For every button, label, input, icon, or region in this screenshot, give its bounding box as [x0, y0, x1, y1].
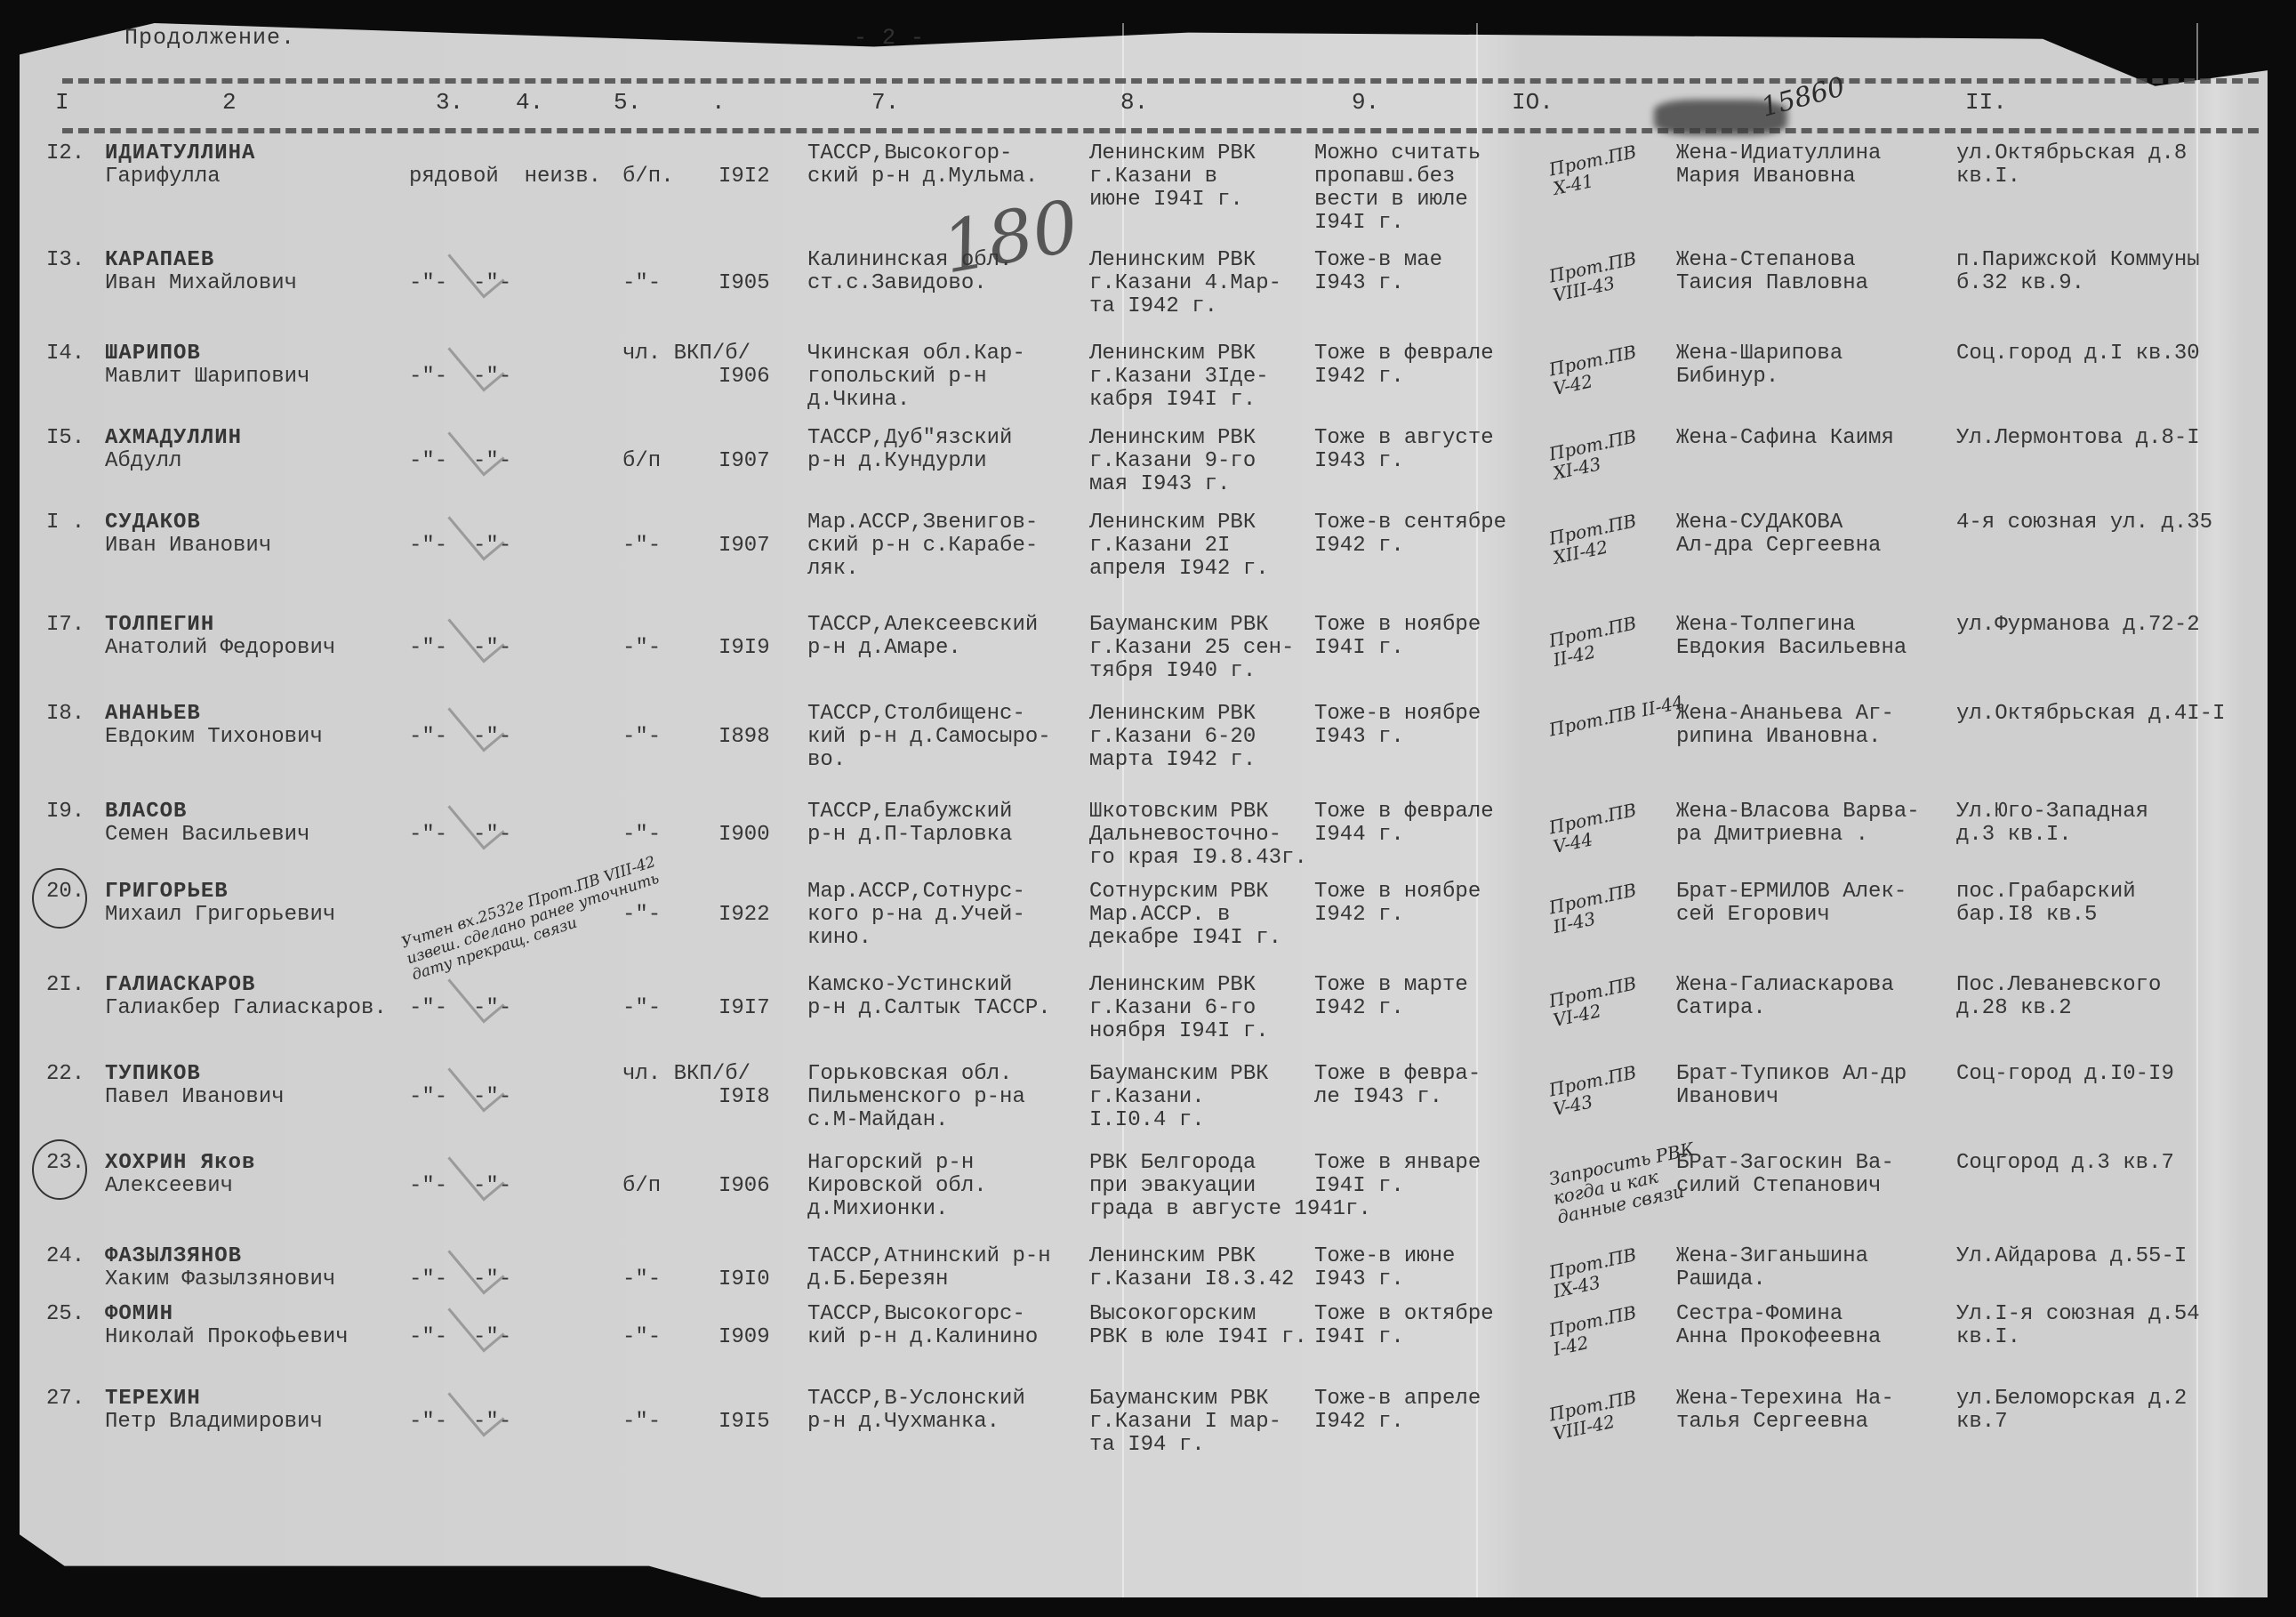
continuation-label: Продолжение. — [124, 25, 295, 51]
row-number: I9. — [46, 800, 84, 824]
party-cell: -"- — [622, 1268, 661, 1291]
address: п.Парижской Коммуны б.32 кв.9. — [1956, 249, 2200, 295]
drafted-by: Ленинским РВК г.Казани 2I апреля I942 г. — [1089, 511, 1269, 581]
given-name: Гарифулла — [105, 165, 221, 189]
drafted-by: Ленинским РВК г.Казани 6-20 марта I942 г… — [1089, 703, 1256, 772]
circled-number-mark — [32, 868, 87, 929]
birth-year: I9I5 — [719, 1411, 770, 1434]
next-of-kin: Брат-Тупиков Ал-др Иванович — [1676, 1063, 1907, 1109]
given-name: Михаил Григорьевич — [105, 904, 335, 927]
row-number: 25. — [46, 1303, 84, 1326]
birthplace: ТАССР,Дуб"язский р-н д.Кундурли — [807, 427, 1012, 473]
row-number: I5. — [46, 427, 84, 450]
column-number: 5. — [614, 89, 641, 116]
drafted-by: Ленинским РВК г.Казани 3Iде- кабря I94I … — [1089, 342, 1269, 412]
surname: ХОХРИН Яков — [105, 1152, 255, 1175]
next-of-kin: Жена-Зиганьшина Рашида. — [1676, 1245, 1868, 1291]
header-divider-bottom — [62, 128, 2259, 133]
given-name: Абдулл — [105, 450, 181, 473]
party-cell: чл. ВКП/б/ — [622, 342, 751, 366]
birthplace: Мар.АССР,Звенигов- ский р-н с.Карабе- ля… — [807, 511, 1038, 581]
surname: СУДАКОВ — [105, 511, 201, 535]
address: ул.Беломорская д.2 кв.7 — [1956, 1388, 2187, 1434]
next-of-kin: Жена-Степанова Таисия Павловна — [1676, 249, 1868, 295]
party-cell: -"- — [622, 1326, 661, 1349]
next-of-kin: Жена-Власова Варва- ра Дмитриевна . — [1676, 800, 1920, 847]
fate: Тоже-в ноябре I943 г. — [1314, 703, 1481, 749]
birthplace: ТАССР,Елабужский р-н д.П-Тарловка — [807, 800, 1012, 847]
next-of-kin: Жена-Терехина На- талья Сергеевна — [1676, 1388, 1894, 1434]
birthplace: ТАССР,В-Услонский р-н д.Чухманка. — [807, 1388, 1025, 1434]
row-number: I7. — [46, 614, 84, 637]
next-of-kin: БРат-Загоскин Ва- силий Степанович — [1676, 1152, 1894, 1198]
address: Ул.I-я союзная д.54 кв.I. — [1956, 1303, 2200, 1349]
fate: Тоже в феврале I942 г. — [1314, 342, 1494, 389]
address: ул.Октябрьская д.4I-I — [1956, 703, 2225, 726]
surname: ГРИГОРЬЕВ — [105, 881, 229, 904]
header-divider-top — [62, 78, 2259, 84]
next-of-kin: Жена-Шарипова Бибинур. — [1676, 342, 1842, 389]
row-number: I3. — [46, 249, 84, 272]
drafted-by: Бауманским РВК г.Казани 25 сен- тября I9… — [1089, 614, 1294, 683]
address: Соцгород д.3 кв.7 — [1956, 1152, 2174, 1175]
birthplace: Мар.АССР,Сотнурс- кого р-на д.Учей- кино… — [807, 881, 1025, 950]
surname: КАРАПАЕВ — [105, 249, 214, 272]
given-name: Петр Владимирович — [105, 1411, 323, 1434]
column-number: 3. — [436, 89, 463, 116]
next-of-kin: Жена-Сафина Каимя — [1676, 427, 1894, 450]
drafted-by: Ленинским РВК г.Казани 9-го мая I943 г. — [1089, 427, 1256, 496]
fate: Тоже-в апреле I942 г. — [1314, 1388, 1481, 1434]
given-name: Мавлит Шарипович — [105, 366, 309, 389]
surname: ТЕРЕХИН — [105, 1388, 201, 1411]
drafted-by: Шкотовским РВК Дальневосточно- го края I… — [1089, 800, 1307, 870]
next-of-kin: Жена-СУДАКОВА Ал-дра Сергеевна — [1676, 511, 1881, 558]
given-name: Иван Иванович — [105, 535, 271, 558]
given-name: Алексеевич — [105, 1175, 233, 1198]
birth-year: I909 — [719, 1326, 770, 1349]
surname: ГАЛИАСКАРОВ — [105, 974, 255, 997]
column-number: I — [55, 89, 69, 116]
birthplace: ТАССР,Высокогор- ский р-н д.Мульма. — [807, 142, 1038, 189]
birth-year: I9I7 — [719, 997, 770, 1020]
column-number: 4. — [516, 89, 543, 116]
birthplace: Калининская обл. ст.с.Завидово. — [807, 249, 1012, 295]
birth-year: I900 — [719, 824, 770, 847]
next-of-kin: Сестра-Фомина Анна Прокофеевна — [1676, 1303, 1881, 1349]
given-name: Иван Михайлович — [105, 272, 297, 295]
address: Ул.Лермонтова д.8-I — [1956, 427, 2200, 450]
given-name: Павел Иванович — [105, 1086, 285, 1109]
birth-year: I9I2 — [719, 165, 770, 189]
given-name: Галиакбер Галиаскаров. — [105, 997, 387, 1020]
column-number: 9. — [1352, 89, 1379, 116]
given-name: Хаким Фазылзянович — [105, 1268, 335, 1291]
drafted-by: Высокогорским РВК в юле I94I г. — [1089, 1303, 1307, 1349]
fate: Тоже-в июне I943 г. — [1314, 1245, 1455, 1291]
birth-year: I9I0 — [719, 1268, 770, 1291]
fate: Тоже-в сентябре I942 г. — [1314, 511, 1506, 558]
row-number: 2I. — [46, 974, 84, 997]
address: ул.Фурманова д.72-2 — [1956, 614, 2200, 637]
birth-year: I905 — [719, 272, 770, 295]
rank-cell: рядовой неизв. — [409, 165, 601, 189]
party-cell: б/п. — [622, 165, 674, 189]
fate: Тоже в марте I942 г. — [1314, 974, 1468, 1020]
surname: ШАРИПОВ — [105, 342, 201, 366]
circled-number-mark — [32, 1139, 87, 1200]
birthplace: ТАССР,Высокогорс- кий р-н д.Калинино — [807, 1303, 1038, 1349]
party-cell: чл. ВКП/б/ — [622, 1063, 751, 1086]
birth-year: I906 — [719, 366, 770, 389]
fate: Тоже в февра- ле I943 г. — [1314, 1063, 1481, 1109]
drafted-by: Ленинским РВК г.Казани I8.3.42 — [1089, 1245, 1294, 1291]
birthplace: Горьковская обл. Пильменского р-на с.М-М… — [807, 1063, 1025, 1132]
birthplace: ТАССР,Атнинский р-н д.Б.Березян — [807, 1245, 1051, 1291]
party-cell: -"- — [622, 997, 661, 1020]
given-name: Анатолий Федорович — [105, 637, 335, 660]
birth-year: I907 — [719, 535, 770, 558]
address: 4-я союзная ул. д.35 — [1956, 511, 2212, 535]
address: пос.Грабарский бар.I8 кв.5 — [1956, 881, 2136, 927]
address: Ул.Айдарова д.55-I — [1956, 1245, 2187, 1268]
column-number: . — [711, 89, 726, 116]
birth-year: I9I9 — [719, 637, 770, 660]
fate: Тоже-в мае I943 г. — [1314, 249, 1442, 295]
birthplace: Нагорский р-н Кировской обл. д.Михионки. — [807, 1152, 987, 1221]
birthplace: Камско-Устинский р-н д.Салтык ТАССР. — [807, 974, 1051, 1020]
page-number: - 2 - — [854, 25, 925, 51]
row-number: I2. — [46, 142, 84, 165]
birthplace: ТАССР,Столбищенс- кий р-н д.Самосыро- во… — [807, 703, 1051, 772]
party-cell: б/п — [622, 450, 661, 473]
drafted-by: Ленинским РВК г.Казани 4.Мар- та I942 г. — [1089, 249, 1281, 318]
column-number: 8. — [1120, 89, 1148, 116]
surname: ФАЗЫЛЗЯНОВ — [105, 1245, 242, 1268]
surname: ФОМИН — [105, 1303, 173, 1326]
party-cell: -"- — [622, 726, 661, 749]
fate: Тоже в августе I943 г. — [1314, 427, 1494, 473]
birthplace: ТАССР,Алексеевский р-н д.Амаре. — [807, 614, 1038, 660]
birth-year: I922 — [719, 904, 770, 927]
party-cell: -"- — [622, 824, 661, 847]
fate: Тоже в феврале I944 г. — [1314, 800, 1494, 847]
drafted-by: Ленинским РВК г.Казани в июне I94I г. — [1089, 142, 1256, 212]
party-cell: -"- — [622, 272, 661, 295]
surname: ТУПИКОВ — [105, 1063, 201, 1086]
birthplace: Чкинская обл.Кар- гопольский р-н д.Чкина… — [807, 342, 1025, 412]
next-of-kin: Жена-Идиатуллина Мария Ивановна — [1676, 142, 1881, 189]
fate: Тоже в ноябре I94I г. — [1314, 614, 1481, 660]
fate: Тоже в октябре I94I г. — [1314, 1303, 1494, 1349]
column-number: 7. — [871, 89, 899, 116]
fate: Можно считать пропавш.без вести в июле I… — [1314, 142, 1481, 235]
next-of-kin: Жена-Галиаскарова Сатира. — [1676, 974, 1894, 1020]
surname: ИДИАТУЛЛИНА — [105, 142, 255, 165]
row-number: 24. — [46, 1245, 84, 1268]
birth-year: I898 — [719, 726, 770, 749]
surname: ВЛАСОВ — [105, 800, 187, 824]
surname: АХМАДУЛЛИН — [105, 427, 242, 450]
next-of-kin: Жена-Толпегина Евдокия Васильевна — [1676, 614, 1907, 660]
drafted-by: Бауманским РВК г.Казани. I.I0.4 г. — [1089, 1063, 1269, 1132]
column-number: IO. — [1512, 89, 1553, 116]
birth-year: I906 — [719, 1175, 770, 1198]
address: Ул.Юго-Западная д.3 кв.I. — [1956, 800, 2148, 847]
address: Пос.Леваневского д.28 кв.2 — [1956, 974, 2161, 1020]
row-number: I . — [46, 511, 84, 535]
address: Соц-город д.I0-I9 — [1956, 1063, 2174, 1086]
column-number: 2 — [222, 89, 237, 116]
surname: ТОЛПЕГИН — [105, 614, 214, 637]
birth-year: I9I8 — [719, 1086, 770, 1109]
party-cell: -"- — [622, 535, 661, 558]
row-number: 27. — [46, 1388, 84, 1411]
party-cell: -"- — [622, 637, 661, 660]
given-name: Евдоким Тихонович — [105, 726, 323, 749]
given-name: Николай Прокофьевич — [105, 1326, 349, 1349]
drafted-by: Сотнурским РВК Мар.АССР. в декабре I94I … — [1089, 881, 1281, 950]
birth-year: I907 — [719, 450, 770, 473]
party-cell: б/п — [622, 1175, 661, 1198]
row-number: I4. — [46, 342, 84, 366]
surname: АНАНЬЕВ — [105, 703, 201, 726]
next-of-kin: Жена-Ананьева Аг- рипина Ивановна. — [1676, 703, 1894, 749]
row-number: 22. — [46, 1063, 84, 1086]
column-number: II. — [1965, 89, 2007, 116]
next-of-kin: Брат-ЕРМИЛОВ Алек- сей Егорович — [1676, 881, 1907, 927]
row-number: I8. — [46, 703, 84, 726]
fate: Тоже в январе I94I г. — [1314, 1152, 1481, 1198]
party-cell: -"- — [622, 1411, 661, 1434]
address: ул.Октябрьская д.8 кв.I. — [1956, 142, 2187, 189]
fate: Тоже в ноябре I942 г. — [1314, 881, 1481, 927]
address: Соц.город д.I кв.30 — [1956, 342, 2200, 366]
given-name: Семен Васильевич — [105, 824, 309, 847]
drafted-by: Ленинским РВК г.Казани 6-го ноября I94I … — [1089, 974, 1269, 1043]
drafted-by: Бауманским РВК г.Казани I мар- та I94 г. — [1089, 1388, 1281, 1457]
